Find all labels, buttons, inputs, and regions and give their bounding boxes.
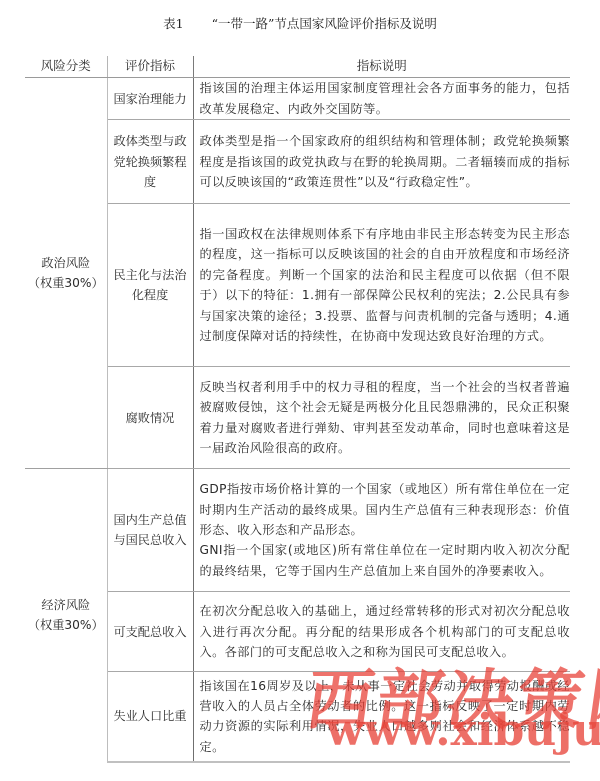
description-cell: 指一国政权在法律规则体系下有序地由非民主形态转变为民主形态的程度，这一指标可以反… [193,204,570,367]
gni-description: GNI指一个国家(或地区)所有常住单位在一定时期内收入初次分配的最终结果，它等于… [200,540,571,581]
table-row: 腐败情况 反映当权者利用手中的权力寻租的程度，当一个社会的当权者普遍被腐败侵蚀，… [25,367,570,469]
indicator-cell: 失业人口比重 [107,672,193,762]
table-row: 经济风险 （权重30%） 国内生产总值与国民总收入 GDP指按市场价格计算的一个… [25,469,570,592]
indicator-cell: 国内生产总值与国民总收入 [107,469,193,592]
risk-indicator-table: 风险分类 评价指标 指标说明 政治风险 （权重30%） 国家治理能力 指该国的治… [25,56,570,763]
category-label: 政治风险 [25,253,107,273]
table-row: 可支配总收入 在初次分配总收入的基础上，通过经常转移的形式对初次分配总收入进行再… [25,592,570,672]
indicator-cell: 民主化与法治化程度 [107,204,193,367]
category-weight: （权重30%） [25,273,107,293]
category-weight: （权重30%） [25,615,107,635]
category-economic-risk: 经济风险 （权重30%） [25,469,107,762]
header-indicator: 评价指标 [107,56,193,78]
description-cell: 政体类型是指一个国家政府的组织结构和管理体制；政党轮换频繁程度是指该国的政党执政… [193,120,570,204]
table-number: 表1 [163,16,183,31]
gdp-description: GDP指按市场价格计算的一个国家（或地区）所有常住单位在一定时期内生产活动的最终… [200,479,571,540]
category-political-risk: 政治风险 （权重30%） [25,78,107,469]
category-label: 经济风险 [25,595,107,615]
description-cell: 反映当权者利用手中的权力寻租的程度，当一个社会的当权者普遍被腐败侵蚀，这个社会无… [193,367,570,469]
indicator-cell: 国家治理能力 [107,78,193,120]
table-row: 民主化与法治化程度 指一国政权在法律规则体系下有序地由非民主形态转变为民主形态的… [25,204,570,367]
header-description: 指标说明 [193,56,570,78]
description-cell: GDP指按市场价格计算的一个国家（或地区）所有常住单位在一定时期内生产活动的最终… [193,469,570,592]
table-row: 政治风险 （权重30%） 国家治理能力 指该国的治理主体运用国家制度管理社会各方… [25,78,570,120]
description-cell: 指该国的治理主体运用国家制度管理社会各方面事务的能力，包括改革发展稳定、内政外交… [193,78,570,120]
header-row: 风险分类 评价指标 指标说明 [25,56,570,78]
indicator-cell: 政体类型与政党轮换频繁程度 [107,120,193,204]
table-row: 失业人口比重 指该国在16周岁及以上，未从事一定社会劳动并取得劳动报酬或经营收入… [25,672,570,762]
header-risk-category: 风险分类 [25,56,107,78]
table-row: 政体类型与政党轮换频繁程度 政体类型是指一个国家政府的组织结构和管理体制；政党轮… [25,120,570,204]
description-cell: 在初次分配总收入的基础上，通过经常转移的形式对初次分配总收入进行再次分配。再分配… [193,592,570,672]
description-cell: 指该国在16周岁及以上，未从事一定社会劳动并取得劳动报酬或经营收入的人员占全体劳… [193,672,570,762]
indicator-cell: 腐败情况 [107,367,193,469]
indicator-cell: 可支配总收入 [107,592,193,672]
table-title: “一带一路”节点国家风险评价指标及说明 [212,16,437,31]
table-caption: 表1“一带一路”节点国家风险评价指标及说明 [0,14,600,32]
